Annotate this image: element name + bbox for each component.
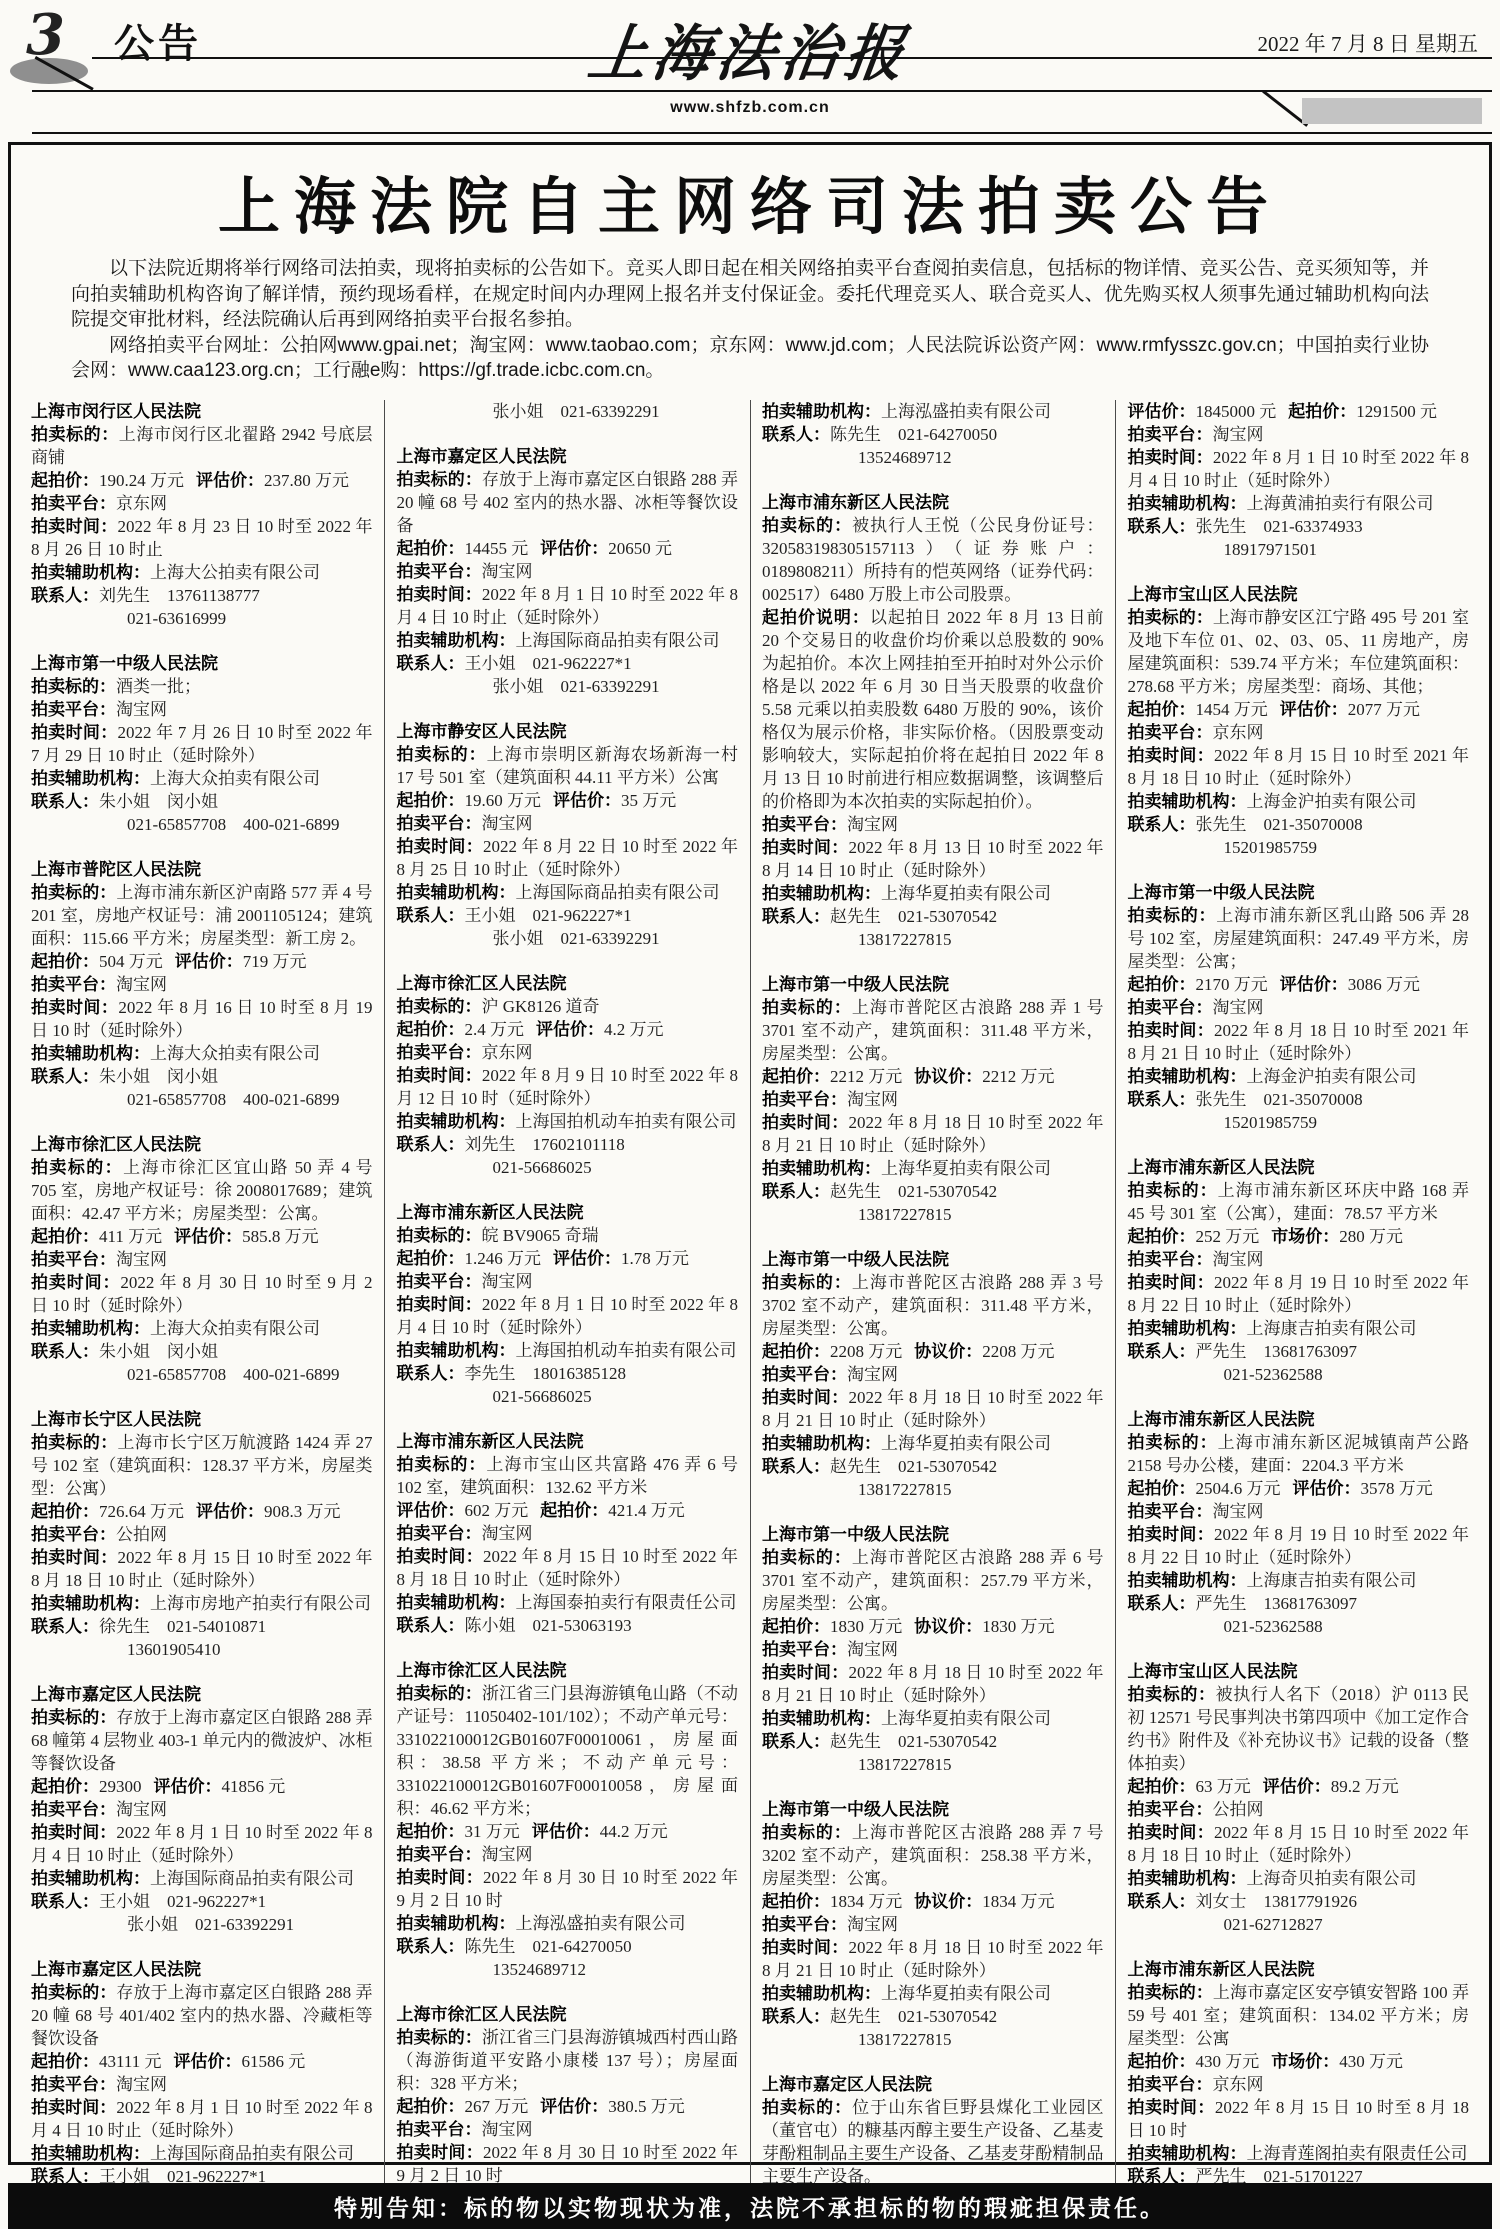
announcement-box: 上海法院自主网络司法拍卖公告 以下法院近期将举行网络司法拍卖，现将拍卖标的公告如… (8, 142, 1492, 2165)
listing-field: 起拍价：267 万元评估价：380.5 万元 (397, 2095, 739, 2118)
listing-field: 联系人：陈先生 021-64270050 (397, 1935, 739, 1958)
listing-field: 021-63616999 (31, 607, 373, 630)
listing-lines: 拍卖标的：上海市普陀区古浪路 288 弄 7 号 3202 室不动产，建筑面积：… (762, 1821, 1104, 2051)
listing-field: 联系人：赵先生 021-53070542 (762, 2005, 1104, 2028)
listing-field: 拍卖时间：2022 年 8 月 30 日 10 时至 9 月 2 日 10 时（… (31, 1271, 373, 1317)
court-name: 上海市第一中级人民法院 (1128, 881, 1470, 904)
listing-field: 拍卖平台：淘宝网 (397, 1843, 739, 1866)
listing-field: 联系人：严先生 13681763097 (1128, 1592, 1470, 1615)
listing-field: 起拍价说明：以起拍日 2022 年 8 月 13 日前 20 个交易日的收盘价均… (762, 606, 1104, 813)
listing-field: 起拍价：190.24 万元评估价：237.80 万元 (31, 469, 373, 492)
listing-field: 拍卖辅助机构：上海金沪拍卖有限公司 (1128, 790, 1470, 813)
listing-field: 021-65857708 400-021-6899 (31, 813, 373, 836)
listing-field: 拍卖平台：京东网 (1128, 2073, 1470, 2096)
listing-field: 起拍价：19.60 万元评估价：35 万元 (397, 789, 739, 812)
listing-field: 拍卖辅助机构：上海国际商品拍卖有限公司 (397, 881, 739, 904)
listing-field: 联系人：张先生 021-35070008 (1128, 813, 1470, 836)
auction-listing: 上海市长宁区人民法院 拍卖标的：上海市长宁区万航渡路 1424 弄 27 号 1… (31, 1408, 373, 1661)
listing-field: 起拍价：2212 万元协议价：2212 万元 (762, 1065, 1104, 1088)
listing-field: 拍卖时间：2022 年 8 月 15 日 10 时至 2022 年 8 月 18… (1128, 1821, 1470, 1867)
listing-field: 拍卖辅助机构：上海黄浦拍卖行有限公司 (1128, 492, 1470, 515)
auction-listing: 上海市宝山区人民法院 拍卖标的：被执行人名下（2018）沪 0113 民初 12… (1128, 1660, 1470, 1936)
listing-field: 拍卖辅助机构：上海市房地产拍卖行有限公司 (31, 1592, 373, 1615)
listing-field: 联系人：陈先生 021-64270050 (762, 423, 1104, 446)
listing-field: 拍卖标的：上海市浦东新区沪南路 577 弄 4 号 201 室，房地产权证号：浦… (31, 881, 373, 950)
listing-field: 拍卖时间：2022 年 8 月 30 日 10 时至 2022 年 9 月 2 … (397, 1866, 739, 1912)
listing-field: 拍卖平台：淘宝网 (397, 2118, 739, 2141)
listing-lines: 拍卖标的：上海市浦东新区沪南路 577 弄 4 号 201 室，房地产权证号：浦… (31, 881, 373, 1111)
page-number: 3 (26, 2, 65, 68)
court-name: 上海市宝山区人民法院 (1128, 1660, 1470, 1683)
listing-field: 13817227815 (762, 1753, 1104, 1776)
listing-field: 拍卖时间：2022 年 8 月 18 日 10 时至 2022 年 8 月 21… (762, 1111, 1104, 1157)
court-name: 上海市浦东新区人民法院 (1128, 1408, 1470, 1431)
court-name: 上海市浦东新区人民法院 (1128, 1958, 1470, 1981)
listing-field: 起拍价：430 万元市场价：430 万元 (1128, 2050, 1470, 2073)
auction-listing: 上海市浦东新区人民法院 拍卖标的：上海市宝山区共富路 476 弄 6 号 102… (397, 1430, 739, 1637)
ribbon-bottom-line (32, 132, 1492, 134)
listing-field: 拍卖平台：淘宝网 (762, 1913, 1104, 1936)
listing-field: 13817227815 (762, 2028, 1104, 2051)
listing-field: 拍卖标的：上海市长宁区万航渡路 1424 弄 27 号 102 室（建筑面积：1… (31, 1431, 373, 1500)
listing-field: 拍卖标的：浙江省三门县海游镇城西村西山路（海游街道平安路小康楼 137 号）；房… (397, 2026, 739, 2095)
listing-lines: 拍卖标的：沪 GK8126 道奇起拍价：2.4 万元评估价：4.2 万元拍卖平台… (397, 995, 739, 1179)
listing-field: 起拍价：1834 万元协议价：1834 万元 (762, 1890, 1104, 1913)
listing-field: 拍卖平台：淘宝网 (762, 813, 1104, 836)
listing-field: 联系人：王小姐 021-962227*1 (31, 1890, 373, 1913)
listing-field: 拍卖辅助机构：上海国际商品拍卖有限公司 (31, 1867, 373, 1890)
listing-field: 拍卖平台：淘宝网 (397, 812, 739, 835)
listings-columns: 上海市闵行区人民法院 拍卖标的：上海市闵行区北翟路 2942 号底层商铺起拍价：… (31, 400, 1469, 2200)
announcement-title: 上海法院自主网络司法拍卖公告 (27, 157, 1473, 246)
listing-field: 拍卖平台：淘宝网 (31, 698, 373, 721)
listing-field: 评估价：602 万元起拍价：421.4 万元 (397, 1499, 739, 1522)
auction-listing: 上海市第一中级人民法院 拍卖标的：上海市普陀区古浪路 288 弄 3 号 370… (762, 1248, 1104, 1501)
listing-field: 起拍价：411 万元评估价：585.8 万元 (31, 1225, 373, 1248)
listing-field: 拍卖标的：上海市宝山区共富路 476 弄 6 号 102 室，建筑面积：132.… (397, 1453, 739, 1499)
listing-lines: 拍卖标的：上海市浦东新区乳山路 506 弄 28 号 102 室，房屋建筑面积：… (1128, 904, 1470, 1134)
listing-lines: 拍卖标的：皖 BV9065 奇瑞起拍价：1.246 万元评估价：1.78 万元拍… (397, 1224, 739, 1408)
listing-field: 拍卖时间：2022 年 8 月 9 日 10 时至 2022 年 8 月 12 … (397, 1064, 739, 1110)
auction-listing: 上海市徐汇区人民法院 拍卖标的：浙江省三门县海游镇龟山路（不动产证号：11050… (397, 1659, 739, 1981)
listing-field: 拍卖标的：浙江省三门县海游镇龟山路（不动产证号：11050402-101/102… (397, 1682, 739, 1820)
footer-notice: 特别告知：标的物以实物现状为准，法院不承担标的物的瑕疵担保责任。 (334, 2190, 1166, 2223)
listing-field: 拍卖平台：京东网 (1128, 721, 1470, 744)
listing-field: 起拍价：2170 万元评估价：3086 万元 (1128, 973, 1470, 996)
listing-field: 拍卖辅助机构：上海泓盛拍卖有限公司 (397, 1912, 739, 1935)
listing-field: 021-65857708 400-021-6899 (31, 1363, 373, 1386)
listing-lines: 拍卖标的：浙江省三门县海游镇龟山路（不动产证号：11050402-101/102… (397, 1682, 739, 1981)
listing-field: 张小姐 021-63392291 (397, 400, 739, 423)
listing-field: 拍卖标的：上海市静安区江宁路 495 号 201 室及地下车位 01、02、03… (1128, 606, 1470, 698)
listing-field: 联系人：朱小姐 闵小姐 (31, 1340, 373, 1363)
listing-field: 拍卖平台：公拍网 (31, 1523, 373, 1546)
listing-field: 拍卖辅助机构：上海国泰拍卖行有限责任公司 (397, 1591, 739, 1614)
listing-field: 021-52362588 (1128, 1615, 1470, 1638)
listing-lines: 拍卖标的：上海市普陀区古浪路 288 弄 6 号 3701 室不动产，建筑面积：… (762, 1546, 1104, 1776)
listing-lines: 拍卖标的：上海市静安区江宁路 495 号 201 室及地下车位 01、02、03… (1128, 606, 1470, 859)
court-name: 上海市静安区人民法院 (397, 720, 739, 743)
court-name: 上海市徐汇区人民法院 (397, 2003, 739, 2026)
listing-field: 评估价：1845000 元起拍价：1291500 元 (1128, 400, 1470, 423)
listing-field: 拍卖辅助机构：上海华夏拍卖有限公司 (762, 1432, 1104, 1455)
listing-field: 拍卖标的：酒类一批； (31, 675, 373, 698)
listing-field: 拍卖时间：2022 年 8 月 23 日 10 时至 2022 年 8 月 26… (31, 515, 373, 561)
listing-field: 起拍价：63 万元评估价：89.2 万元 (1128, 1775, 1470, 1798)
listing-lines: 拍卖标的：上海市浦东新区环庆中路 168 弄 45 号 301 室（公寓），建面… (1128, 1179, 1470, 1386)
listing-field: 拍卖辅助机构：上海泓盛拍卖有限公司 (762, 400, 1104, 423)
listing-field: 15201985759 (1128, 836, 1470, 859)
listing-lines: 拍卖标的：上海市长宁区万航渡路 1424 弄 27 号 102 室（建筑面积：1… (31, 1431, 373, 1661)
court-name: 上海市长宁区人民法院 (31, 1408, 373, 1431)
auction-listing: 上海市浦东新区人民法院 拍卖标的：皖 BV9065 奇瑞起拍价：1.246 万元… (397, 1201, 739, 1408)
listing-field: 拍卖平台：淘宝网 (397, 1270, 739, 1293)
listing-field: 拍卖平台：京东网 (397, 1041, 739, 1064)
listing-field: 拍卖标的：上海市普陀区古浪路 288 弄 3 号 3702 室不动产，建筑面积：… (762, 1271, 1104, 1340)
listing-lines: 拍卖标的：上海市闵行区北翟路 2942 号底层商铺起拍价：190.24 万元评估… (31, 423, 373, 630)
footer-notice-bar: 特别告知：标的物以实物现状为准，法院不承担标的物的瑕疵担保责任。 (8, 2183, 1492, 2229)
court-name: 上海市浦东新区人民法院 (397, 1201, 739, 1224)
newspaper-page: 3 公告 上海法治报 2022 年 7 月 8 日 星期五 www.shfzb.… (0, 0, 1500, 2229)
listing-field: 拍卖时间：2022 年 8 月 19 日 10 时至 2022 年 8 月 22… (1128, 1271, 1470, 1317)
listing-field: 拍卖平台：淘宝网 (31, 1798, 373, 1821)
listing-field: 拍卖平台：淘宝网 (397, 560, 739, 583)
listing-field: 拍卖时间：2022 年 8 月 1 日 10 时至 2022 年 8 月 4 日… (31, 1821, 373, 1867)
listing-field: 拍卖标的：上海市徐汇区宜山路 50 弄 4 号 705 室，房地产权证号：徐 2… (31, 1156, 373, 1225)
listing-field: 拍卖标的：上海市浦东新区泥城镇南芦公路 2158 号办公楼，建面：2204.3 … (1128, 1431, 1470, 1477)
listing-field: 联系人：张先生 021-63374933 (1128, 515, 1470, 538)
listing-field: 拍卖时间：2022 年 7 月 26 日 10 时至 2022 年 7 月 29… (31, 721, 373, 767)
court-name: 上海市第一中级人民法院 (762, 1248, 1104, 1271)
listing-lines: 拍卖标的：被执行人王悦（公民身份证号：320583198305157113）（证… (762, 514, 1104, 951)
auction-listing: 上海市徐汇区人民法院 拍卖标的：沪 GK8126 道奇起拍价：2.4 万元评估价… (397, 972, 739, 1179)
listing-lines: 拍卖标的：存放于上海市嘉定区白银路 288 弄 68 幢第 4 层物业 403-… (31, 1706, 373, 1936)
listing-field: 拍卖平台：淘宝网 (31, 1248, 373, 1271)
listing-field: 021-56686025 (397, 1385, 739, 1408)
court-name: 上海市徐汇区人民法院 (31, 1133, 373, 1156)
listing-field: 13817227815 (762, 928, 1104, 951)
auction-listing: 上海市第一中级人民法院 拍卖标的：上海市普陀区古浪路 288 弄 7 号 320… (762, 1798, 1104, 2051)
listing-field: 联系人：赵先生 021-53070542 (762, 905, 1104, 928)
court-name: 上海市第一中级人民法院 (31, 652, 373, 675)
listing-field: 拍卖时间：2022 年 8 月 22 日 10 时至 2022 年 8 月 25… (397, 835, 739, 881)
listing-field: 联系人：李先生 18016385128 (397, 1362, 739, 1385)
listing-field: 起拍价：504 万元评估价：719 万元 (31, 950, 373, 973)
listing-field: 拍卖标的：上海市浦东新区乳山路 506 弄 28 号 102 室，房屋建筑面积：… (1128, 904, 1470, 973)
ribbon-top-line (32, 90, 1492, 92)
listing-lines: 拍卖标的：上海市普陀区古浪路 288 弄 3 号 3702 室不动产，建筑面积：… (762, 1271, 1104, 1501)
listing-field: 拍卖时间：2022 年 8 月 15 日 10 时至 8 月 18 日 10 时 (1128, 2096, 1470, 2142)
listing-field: 拍卖平台：淘宝网 (1128, 1500, 1470, 1523)
listing-field: 起拍价：1454 万元评估价：2077 万元 (1128, 698, 1470, 721)
listing-field: 起拍价：252 万元市场价：280 万元 (1128, 1225, 1470, 1248)
auction-listing: 上海市浦东新区人民法院 拍卖标的：上海市浦东新区泥城镇南芦公路 2158 号办公… (1128, 1408, 1470, 1638)
listing-field: 拍卖标的：存放于上海市嘉定区白银路 288 弄 68 幢第 4 层物业 403-… (31, 1706, 373, 1775)
listing-field: 拍卖标的：上海市嘉定区安亭镇安智路 100 弄 59 号 401 室；建筑面积：… (1128, 1981, 1470, 2050)
listing-lines: 拍卖标的：上海市崇明区新海农场新海一村 17 号 501 室（建筑面积 44.1… (397, 743, 739, 950)
listing-field: 拍卖时间：2022 年 8 月 18 日 10 时至 2022 年 8 月 21… (762, 1936, 1104, 1982)
listing-field: 张小姐 021-63392291 (397, 675, 739, 698)
listing-field: 联系人：张先生 021-35070008 (1128, 1088, 1470, 1111)
listing-field: 拍卖平台：淘宝网 (1128, 1248, 1470, 1271)
listing-field: 拍卖辅助机构：上海华夏拍卖有限公司 (762, 1157, 1104, 1180)
intro-paragraph-1: 以下法院近期将举行网络司法拍卖，现将拍卖标的公告如下。竞买人即日起在相关网络拍卖… (71, 256, 1429, 333)
listing-field: 拍卖时间：2022 年 8 月 18 日 10 时至 2022 年 8 月 21… (762, 1661, 1104, 1707)
listing-field: 拍卖时间：2022 年 8 月 19 日 10 时至 2022 年 8 月 22… (1128, 1523, 1470, 1569)
listing-field: 联系人：赵先生 021-53070542 (762, 1730, 1104, 1753)
listing-field: 拍卖平台：淘宝网 (1128, 996, 1470, 1019)
court-name: 上海市嘉定区人民法院 (397, 445, 739, 468)
listing-field: 拍卖平台：淘宝网 (1128, 423, 1470, 446)
listing-field: 拍卖平台：淘宝网 (762, 1638, 1104, 1661)
listing-field: 拍卖辅助机构：上海国拍机动车拍卖有限公司 (397, 1339, 739, 1362)
court-name: 上海市宝山区人民法院 (1128, 583, 1470, 606)
listing-field: 拍卖平台：淘宝网 (397, 1522, 739, 1545)
court-name: 上海市闵行区人民法院 (31, 400, 373, 423)
listing-lines: 拍卖标的：被执行人名下（2018）沪 0113 民初 12571 号民事判决书第… (1128, 1683, 1470, 1936)
listing-field: 拍卖辅助机构：上海大众拍卖有限公司 (31, 767, 373, 790)
listing-field: 联系人：朱小姐 闵小姐 (31, 790, 373, 813)
listing-field: 起拍价：1.246 万元评估价：1.78 万元 (397, 1247, 739, 1270)
listing-lines: 拍卖标的：上海市普陀区古浪路 288 弄 1 号 3701 室不动产，建筑面积：… (762, 996, 1104, 1226)
listing-field: 拍卖标的：存放于上海市嘉定区白银路 288 弄 20 幢 68 号 401/40… (31, 1981, 373, 2050)
listing-field: 拍卖标的：皖 BV9065 奇瑞 (397, 1224, 739, 1247)
listing-field: 起拍价：1830 万元协议价：1830 万元 (762, 1615, 1104, 1638)
listing-field: 拍卖标的：上海市普陀区古浪路 288 弄 1 号 3701 室不动产，建筑面积：… (762, 996, 1104, 1065)
listing-field: 021-62712827 (1128, 1913, 1470, 1936)
listing-field: 联系人：严先生 13681763097 (1128, 1340, 1470, 1363)
listing-field: 15201985759 (1128, 1111, 1470, 1134)
listing-field: 拍卖时间：2022 年 8 月 15 日 10 时至 2022 年 8 月 18… (31, 1546, 373, 1592)
auction-listing: 上海市嘉定区人民法院 拍卖标的：存放于上海市嘉定区白银路 288 弄 20 幢 … (397, 445, 739, 698)
announcement-intro: 以下法院近期将举行网络司法拍卖，现将拍卖标的公告如下。竞买人即日起在相关网络拍卖… (71, 256, 1429, 384)
listing-field: 13524689712 (397, 1958, 739, 1981)
listing-field: 拍卖标的：上海市闵行区北翟路 2942 号底层商铺 (31, 423, 373, 469)
listing-field: 起拍价：14455 元评估价：20650 元 (397, 537, 739, 560)
listing-field: 拍卖标的：上海市普陀区古浪路 288 弄 6 号 3701 室不动产，建筑面积：… (762, 1546, 1104, 1615)
listing-field: 起拍价：31 万元评估价：44.2 万元 (397, 1820, 739, 1843)
listing-field: 拍卖辅助机构：上海华夏拍卖有限公司 (762, 1982, 1104, 2005)
court-name: 上海市徐汇区人民法院 (397, 972, 739, 995)
auction-listing: 上海市第一中级人民法院 拍卖标的：上海市普陀区古浪路 288 弄 1 号 370… (762, 973, 1104, 1226)
listing-field: 拍卖辅助机构：上海国际商品拍卖有限公司 (31, 2142, 373, 2165)
listing-field: 起拍价：726.64 万元评估价：908.3 万元 (31, 1500, 373, 1523)
auction-listing: 上海市宝山区人民法院 拍卖标的：上海市静安区江宁路 495 号 201 室及地下… (1128, 583, 1470, 859)
auction-listing: 上海市嘉定区人民法院 拍卖标的：存放于上海市嘉定区白银路 288 弄 68 幢第… (31, 1683, 373, 1936)
listing-field: 拍卖标的：存放于上海市嘉定区白银路 288 弄 20 幢 68 号 402 室内… (397, 468, 739, 537)
listing-field: 拍卖平台：公拍网 (1128, 1798, 1470, 1821)
listing-lines: 拍卖标的：存放于上海市嘉定区白银路 288 弄 20 幢 68 号 402 室内… (397, 468, 739, 698)
listing-field: 拍卖时间：2022 年 8 月 13 日 10 时至 2022 年 8 月 14… (762, 836, 1104, 882)
listing-lines: 拍卖标的：上海市浦东新区泥城镇南芦公路 2158 号办公楼，建面：2204.3 … (1128, 1431, 1470, 1638)
court-name: 上海市浦东新区人民法院 (1128, 1156, 1470, 1179)
masthead-url: www.shfzb.com.cn (652, 99, 847, 117)
masthead-info-box (1302, 98, 1482, 124)
listing-field: 起拍价：29300评估价：41856 元 (31, 1775, 373, 1798)
listing-field: 拍卖平台：淘宝网 (762, 1363, 1104, 1386)
auction-listing: 上海市静安区人民法院 拍卖标的：上海市崇明区新海农场新海一村 17 号 501 … (397, 720, 739, 950)
listing-field: 18917971501 (1128, 538, 1470, 561)
listing-field: 联系人：刘先生 13761138777 (31, 584, 373, 607)
listing-field: 起拍价：2.4 万元评估价：4.2 万元 (397, 1018, 739, 1041)
listing-field: 拍卖辅助机构：上海大众拍卖有限公司 (31, 1042, 373, 1065)
listing-field: 拍卖时间：2022 年 8 月 1 日 10 时至 2022 年 8 月 4 日… (31, 2096, 373, 2142)
listing-field: 13524689712 (762, 446, 1104, 469)
court-name: 上海市普陀区人民法院 (31, 858, 373, 881)
listing-field: 拍卖时间：2022 年 8 月 1 日 10 时至 2022 年 8 月 4 日… (1128, 446, 1470, 492)
listing-field: 021-65857708 400-021-6899 (31, 1088, 373, 1111)
listing-field: 拍卖时间：2022 年 8 月 1 日 10 时至 2022 年 8 月 4 日… (397, 1293, 739, 1339)
listing-field: 拍卖平台：淘宝网 (31, 973, 373, 996)
listing-field: 拍卖时间：2022 年 8 月 15 日 10 时至 2021 年 8 月 18… (1128, 744, 1470, 790)
court-name: 上海市第一中级人民法院 (762, 973, 1104, 996)
listing-field: 拍卖辅助机构：上海华夏拍卖有限公司 (762, 882, 1104, 905)
auction-listing: 上海市闵行区人民法院 拍卖标的：上海市闵行区北翟路 2942 号底层商铺起拍价：… (31, 400, 373, 630)
listing-field: 021-52362588 (1128, 1363, 1470, 1386)
listing-field: 拍卖辅助机构：上海国拍机动车拍卖有限公司 (397, 1110, 739, 1133)
listing-field: 13601905410 (31, 1638, 373, 1661)
listing-field: 联系人：赵先生 021-53070542 (762, 1180, 1104, 1203)
listing-field: 拍卖标的：沪 GK8126 道奇 (397, 995, 739, 1018)
listing-field: 13817227815 (762, 1478, 1104, 1501)
listing-field: 拍卖辅助机构：上海康吉拍卖有限公司 (1128, 1317, 1470, 1340)
court-name: 上海市浦东新区人民法院 (397, 1430, 739, 1453)
listing-field: 拍卖标的：上海市普陀区古浪路 288 弄 7 号 3202 室不动产，建筑面积：… (762, 1821, 1104, 1890)
listing-field: 拍卖辅助机构：上海青莲阁拍卖有限责任公司 (1128, 2142, 1470, 2165)
listing-field: 联系人：徐先生 021-54010871 (31, 1615, 373, 1638)
listing-field: 张小姐 021-63392291 (31, 1913, 373, 1936)
listing-field: 021-56686025 (397, 1156, 739, 1179)
court-name: 上海市徐汇区人民法院 (397, 1659, 739, 1682)
listing-field: 联系人：赵先生 021-53070542 (762, 1455, 1104, 1478)
listing-lines: 拍卖标的：上海市徐汇区宜山路 50 弄 4 号 705 室，房地产权证号：徐 2… (31, 1156, 373, 1386)
listing-lines: 拍卖标的：上海市宝山区共富路 476 弄 6 号 102 室，建筑面积：132.… (397, 1453, 739, 1637)
listing-field: 联系人：朱小姐 闵小姐 (31, 1065, 373, 1088)
listing-field: 拍卖平台：淘宝网 (31, 2073, 373, 2096)
listing-field: 起拍价：2208 万元协议价：2208 万元 (762, 1340, 1104, 1363)
listing-field: 13817227815 (762, 1203, 1104, 1226)
intro-paragraph-2: 网络拍卖平台网址：公拍网www.gpai.net；淘宝网：www.taobao.… (71, 333, 1429, 384)
listing-field: 拍卖辅助机构：上海康吉拍卖有限公司 (1128, 1569, 1470, 1592)
auction-listing: 上海市第一中级人民法院 拍卖标的：酒类一批；拍卖平台：淘宝网拍卖时间：2022 … (31, 652, 373, 836)
listing-field: 拍卖辅助机构：上海金沪拍卖有限公司 (1128, 1065, 1470, 1088)
listing-field: 联系人：陈小姐 021-53063193 (397, 1614, 739, 1637)
listing-field: 拍卖标的：上海市崇明区新海农场新海一村 17 号 501 室（建筑面积 44.1… (397, 743, 739, 789)
listing-field: 张小姐 021-63392291 (397, 927, 739, 950)
court-name: 上海市嘉定区人民法院 (31, 1958, 373, 1981)
auction-listing: 上海市浦东新区人民法院 拍卖标的：上海市浦东新区环庆中路 168 弄 45 号 … (1128, 1156, 1470, 1386)
listing-field: 拍卖时间：2022 年 8 月 18 日 10 时至 2022 年 8 月 21… (762, 1386, 1104, 1432)
listing-field: 拍卖标的：上海市浦东新区环庆中路 168 弄 45 号 301 室（公寓），建面… (1128, 1179, 1470, 1225)
listing-field: 拍卖时间：2022 年 8 月 1 日 10 时至 2022 年 8 月 4 日… (397, 583, 739, 629)
listing-field: 拍卖辅助机构：上海奇贝拍卖有限公司 (1128, 1867, 1470, 1890)
auction-listing: 上海市浦东新区人民法院 拍卖标的：被执行人王悦（公民身份证号：320583198… (762, 491, 1104, 951)
listing-field: 起拍价：2504.6 万元评估价：3578 万元 (1128, 1477, 1470, 1500)
listing-field: 拍卖辅助机构：上海大众拍卖有限公司 (31, 1317, 373, 1340)
listing-field: 拍卖时间：2022 年 8 月 18 日 10 时至 2021 年 8 月 21… (1128, 1019, 1470, 1065)
listings-flow: 上海市闵行区人民法院 拍卖标的：上海市闵行区北翟路 2942 号底层商铺起拍价：… (31, 400, 1469, 2200)
listing-field: 拍卖平台：淘宝网 (762, 1088, 1104, 1111)
listing-field: 拍卖平台：京东网 (31, 492, 373, 515)
listing-lines: 拍卖标的：酒类一批；拍卖平台：淘宝网拍卖时间：2022 年 7 月 26 日 1… (31, 675, 373, 836)
listing-field: 拍卖标的：被执行人名下（2018）沪 0113 民初 12571 号民事判决书第… (1128, 1683, 1470, 1775)
auction-listing: 上海市徐汇区人民法院 拍卖标的：上海市徐汇区宜山路 50 弄 4 号 705 室… (31, 1133, 373, 1386)
listing-field: 拍卖辅助机构：上海华夏拍卖有限公司 (762, 1707, 1104, 1730)
listing-field: 拍卖时间：2022 年 8 月 30 日 10 时至 2022 年 9 月 2 … (397, 2141, 739, 2187)
auction-listing: 上海市第一中级人民法院 拍卖标的：上海市浦东新区乳山路 506 弄 28 号 1… (1128, 881, 1470, 1134)
issue-date: 2022 年 7 月 8 日 星期五 (1258, 28, 1479, 58)
listing-field: 拍卖辅助机构：上海大公拍卖有限公司 (31, 561, 373, 584)
listing-field: 拍卖时间：2022 年 8 月 16 日 10 时至 8 月 19 日 10 时… (31, 996, 373, 1042)
listing-field: 拍卖标的：位于山东省巨野县煤化工业园区（董官屯）的糠基丙醇主要生产设备、乙基麦芽… (762, 2096, 1104, 2188)
court-name: 上海市嘉定区人民法院 (31, 1683, 373, 1706)
listing-field: 联系人：王小姐 021-962227*1 (397, 652, 739, 675)
header-rule (92, 57, 1492, 59)
court-name: 上海市嘉定区人民法院 (762, 2073, 1104, 2096)
listing-field: 联系人：刘先生 17602101118 (397, 1133, 739, 1156)
auction-listing: 上海市第一中级人民法院 拍卖标的：上海市普陀区古浪路 288 弄 6 号 370… (762, 1523, 1104, 1776)
court-name: 上海市浦东新区人民法院 (762, 491, 1104, 514)
listing-field: 拍卖标的：被执行人王悦（公民身份证号：320583198305157113）（证… (762, 514, 1104, 606)
listing-field: 拍卖时间：2022 年 8 月 15 日 10 时至 2022 年 8 月 18… (397, 1545, 739, 1591)
listing-field: 起拍价：43111 元评估价：61586 元 (31, 2050, 373, 2073)
listing-field: 拍卖辅助机构：上海国际商品拍卖有限公司 (397, 629, 739, 652)
listing-field: 联系人：刘女士 13817791926 (1128, 1890, 1470, 1913)
auction-listing: 上海市普陀区人民法院 拍卖标的：上海市浦东新区沪南路 577 弄 4 号 201… (31, 858, 373, 1111)
listing-field: 联系人：王小姐 021-962227*1 (397, 904, 739, 927)
court-name: 上海市第一中级人民法院 (762, 1523, 1104, 1546)
court-name: 上海市第一中级人民法院 (762, 1798, 1104, 1821)
